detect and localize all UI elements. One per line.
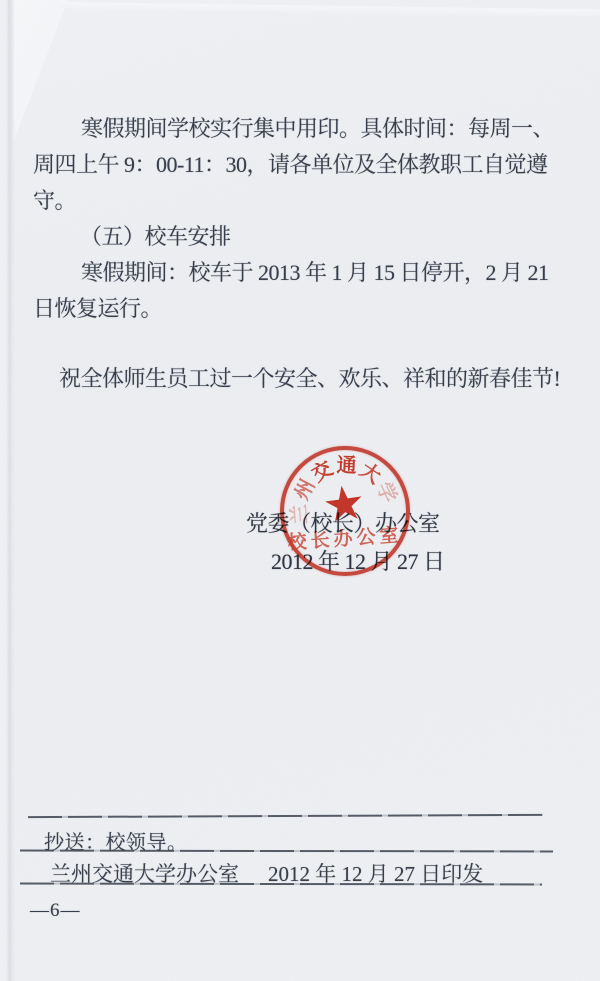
body-paragraph1-line1: 寒假期间学校实行集中用印。具体时间：每周一、 (81, 112, 554, 143)
signature-issuer: 党委（校长）办公室 (246, 507, 440, 538)
body-paragraph1-line3: 守。 (33, 184, 76, 215)
signature-date: 2012 年 12 月 27 日 (271, 545, 445, 576)
page-left-fold-shadow (0, 0, 15, 981)
body-paragraph1-line2: 周四上午 9：00-11：30，请各单位及全体教职工自觉遵 (33, 148, 548, 179)
body-paragraph2-line2: 日恢复运行。 (33, 292, 162, 323)
scanned-document-page: 寒假期间学校实行集中用印。具体时间：每周一、 周四上午 9：00-11：30，请… (0, 0, 600, 981)
body-paragraph2-line1: 寒假期间：校车于 2013 年 1 月 15 日停开，2 月 21 (81, 256, 549, 287)
greeting-line: 祝全体师生员工过一个安全、欢乐、祥和的新春佳节! (59, 362, 560, 393)
footer-rule-top (28, 814, 543, 818)
page-number: —6— (30, 900, 81, 922)
section-heading-5: （五）校车安排 (80, 220, 231, 251)
page-top-edge (60, 2, 600, 18)
